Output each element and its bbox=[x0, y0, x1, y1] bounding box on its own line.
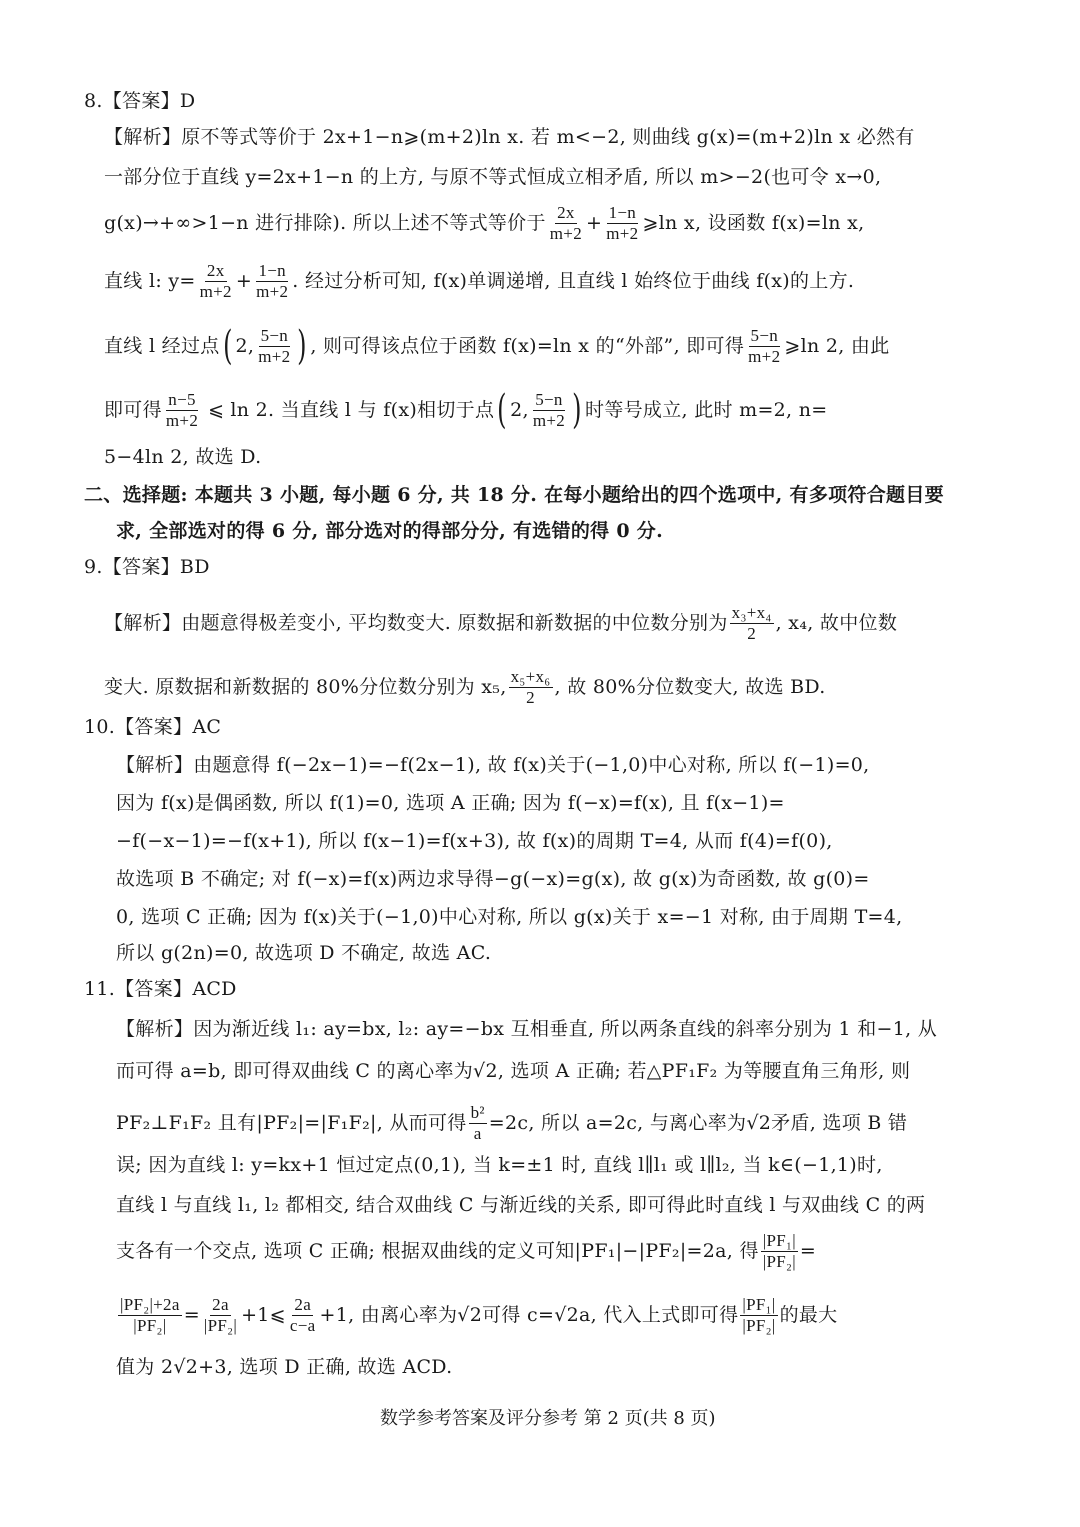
page-footer: 数学参考答案及评分参考 第 2 页(共 8 页) bbox=[380, 1404, 716, 1430]
denominator: |PF₂| bbox=[131, 1316, 168, 1335]
q8-analysis-line-1: 【解析】原不等式等价于 2x+1−n⩾(m+2)ln x. 若 m<−2, 则曲… bbox=[104, 128, 915, 147]
fraction: 5−n m+2 bbox=[256, 327, 292, 366]
numerator: 1−n bbox=[256, 262, 288, 282]
q8-text: ⩾ln 2, 由此 bbox=[784, 337, 889, 356]
fraction: 1−n m+2 bbox=[254, 262, 290, 301]
q11-analysis-line-8: 值为 2√2+3, 选项 D 正确, 故选 ACD. bbox=[116, 1358, 453, 1377]
numerator: 2x bbox=[555, 204, 577, 224]
q11-analysis-line-6: 支各有一个交点, 选项 C 正确; 根据双曲线的定义可知|PF₁|−|PF₂|=… bbox=[116, 1232, 816, 1271]
numerator: |PF₂|+2a bbox=[118, 1296, 182, 1316]
denominator: 2 bbox=[745, 624, 758, 643]
q9-text: 变大. 原数据和新数据的 80%分位数分别为 x₅, bbox=[104, 678, 507, 697]
numerator: x₅+x₆ bbox=[509, 668, 553, 688]
fraction: n−5 m+2 bbox=[164, 391, 200, 430]
numerator: |PF₁| bbox=[740, 1296, 777, 1316]
q10-analysis-line-3: −f(−x−1)=−f(x+1), 所以 f(x−1)=f(x+3), 故 f(… bbox=[116, 832, 833, 851]
section-2-heading-line-1: 二、选择题: 本题共 3 小题, 每小题 6 分, 共 18 分. 在每小题给出… bbox=[84, 486, 944, 505]
equals-sign: = bbox=[184, 1306, 200, 1325]
q11-text: = bbox=[800, 1242, 816, 1261]
q8-text: . 经过分析可知, f(x)单调递增, 且直线 l 始终位于曲线 f(x)的上方… bbox=[292, 272, 854, 291]
q8-analysis-line-5: 直线 l 经过点 ( 2, 5−n m+2 ) , 则可得该点位于函数 f(x)… bbox=[104, 326, 890, 366]
numerator: b² bbox=[469, 1104, 487, 1124]
denominator: m+2 bbox=[746, 347, 782, 366]
q9-answer-label: 9.【答案】BD bbox=[84, 558, 210, 577]
denominator: m+2 bbox=[198, 282, 234, 301]
q8-text: g(x)→+∞>1−n 进行排除). 所以上述不等式等价于 bbox=[104, 214, 546, 233]
q11-analysis-line-3: PF₂⊥F₁F₂ 且有|PF₂|=|F₁F₂|, 从而可得 b² a =2c, … bbox=[116, 1104, 907, 1143]
q11-text: PF₂⊥F₁F₂ 且有|PF₂|=|F₁F₂|, 从而可得 bbox=[116, 1114, 467, 1133]
q11-text: 的最大 bbox=[780, 1306, 838, 1325]
le-sign: ⩽ bbox=[208, 401, 224, 420]
fraction: 5−n m+2 bbox=[531, 391, 567, 430]
q8-text: ln 2. 当直线 l 与 f(x)相切于点 bbox=[230, 401, 494, 420]
q8-text: 时等号成立, 此时 m=2, n= bbox=[585, 401, 827, 420]
q8-text: , 则可得该点位于函数 f(x)=ln x 的“外部”, 即可得 bbox=[310, 337, 744, 356]
denominator: m+2 bbox=[256, 347, 292, 366]
fraction: 1−n m+2 bbox=[604, 204, 640, 243]
q11-analysis-line-4: 误; 因为直线 l: y=kx+1 恒过定点(0,1), 当 k=±1 时, 直… bbox=[116, 1156, 883, 1175]
q11-text: +1⩽ bbox=[241, 1306, 286, 1325]
numerator: 5−n bbox=[533, 391, 565, 411]
numerator: 5−n bbox=[749, 327, 781, 347]
fraction: 5−n m+2 bbox=[746, 327, 782, 366]
denominator: m+2 bbox=[548, 224, 584, 243]
q9-analysis-line-2: 变大. 原数据和新数据的 80%分位数分别为 x₅, x₅+x₆ 2 , 故 8… bbox=[104, 668, 826, 707]
q11-answer-label: 11.【答案】ACD bbox=[84, 980, 237, 999]
q11-text: 支各有一个交点, 选项 C 正确; 根据双曲线的定义可知|PF₁|−|PF₂|=… bbox=[116, 1242, 759, 1261]
q8-answer-label: 8.【答案】D bbox=[84, 92, 195, 111]
section-2-heading-line-2: 求, 全部选对的得 6 分, 部分选对的得部分分, 有选错的得 0 分. bbox=[116, 522, 663, 541]
q10-analysis-line-5: 0, 选项 C 正确; 因为 f(x)关于(−1,0)中心对称, 所以 g(x)… bbox=[116, 908, 902, 927]
q8-text: ⩾ln x, 设函数 f(x)=ln x, bbox=[642, 214, 864, 233]
numerator: 5−n bbox=[259, 327, 291, 347]
q8-text: 直线 l: y= bbox=[104, 272, 196, 291]
numerator: x₃+x₄ bbox=[730, 604, 774, 624]
q9-text: 【解析】由题意得极差变小, 平均数变大. 原数据和新数据的中位数分别为 bbox=[104, 614, 728, 633]
fraction: 2a |PF₂| bbox=[202, 1296, 239, 1335]
q10-analysis-line-4: 故选项 B 不确定; 对 f(−x)=f(x)两边求导得−g(−x)=g(x),… bbox=[116, 870, 870, 889]
fraction: 2x m+2 bbox=[548, 204, 584, 243]
q8-analysis-line-7: 5−4ln 2, 故选 D. bbox=[104, 448, 261, 467]
numerator: 2a bbox=[210, 1296, 231, 1316]
q11-analysis-line-5: 直线 l 与直线 l₁, l₂ 都相交, 结合双曲线 C 与渐近线的关系, 即可… bbox=[116, 1196, 925, 1215]
numerator: n−5 bbox=[166, 391, 198, 411]
q11-analysis-line-2: 而可得 a=b, 即可得双曲线 C 的离心率为√2, 选项 A 正确; 若△PF… bbox=[116, 1062, 910, 1081]
denominator: m+2 bbox=[164, 411, 200, 430]
q11-text: =2c, 所以 a=2c, 与离心率为√2矛盾, 选项 B 错 bbox=[489, 1114, 907, 1133]
q8-analysis-line-2: 一部分位于直线 y=2x+1−n 的上方, 与原不等式恒成立相矛盾, 所以 m>… bbox=[104, 168, 881, 187]
q11-analysis-line-7: |PF₂|+2a |PF₂| = 2a |PF₂| +1⩽ 2a c−a +1,… bbox=[116, 1296, 837, 1335]
fraction: x₅+x₆ 2 bbox=[509, 668, 553, 707]
fraction: |PF₁| |PF₂| bbox=[740, 1296, 777, 1335]
denominator: m+2 bbox=[254, 282, 290, 301]
q9-text: , x₄, 故中位数 bbox=[776, 614, 898, 633]
numerator: 1−n bbox=[607, 204, 639, 224]
denominator: 2 bbox=[524, 688, 537, 707]
denominator: c−a bbox=[288, 1316, 318, 1335]
q8-text: 直线 l 经过点 bbox=[104, 337, 220, 356]
denominator: m+2 bbox=[604, 224, 640, 243]
fraction: 2a c−a bbox=[288, 1296, 318, 1335]
denominator: |PF₂| bbox=[761, 1252, 798, 1271]
fraction: |PF₁| |PF₂| bbox=[761, 1232, 798, 1271]
q9-analysis-line-1: 【解析】由题意得极差变小, 平均数变大. 原数据和新数据的中位数分别为 x₃+x… bbox=[104, 604, 897, 643]
q8-analysis-line-4: 直线 l: y= 2x m+2 + 1−n m+2 . 经过分析可知, f(x)… bbox=[104, 262, 854, 301]
denominator: a bbox=[472, 1124, 484, 1143]
point-coordinate: 2, bbox=[235, 337, 254, 356]
answer-sheet-page: 8.【答案】D 【解析】原不等式等价于 2x+1−n⩾(m+2)ln x. 若 … bbox=[0, 0, 1080, 1527]
fraction: x₃+x₄ 2 bbox=[730, 604, 774, 643]
q10-analysis-line-6: 所以 g(2n)=0, 故选项 D 不确定, 故选 AC. bbox=[116, 944, 491, 963]
q9-text: , 故 80%分位数变大, 故选 BD. bbox=[555, 678, 826, 697]
denominator: |PF₂| bbox=[740, 1316, 777, 1335]
q10-analysis-line-2: 因为 f(x)是偶函数, 所以 f(1)=0, 选项 A 正确; 因为 f(−x… bbox=[116, 794, 785, 813]
q11-analysis-line-1: 【解析】因为渐近线 l₁: ay=bx, l₂: ay=−bx 互相垂直, 所以… bbox=[116, 1020, 937, 1039]
fraction: |PF₂|+2a |PF₂| bbox=[118, 1296, 182, 1335]
denominator: m+2 bbox=[531, 411, 567, 430]
q8-analysis-line-6: 即可得 n−5 m+2 ⩽ ln 2. 当直线 l 与 f(x)相切于点 ( 2… bbox=[104, 390, 828, 430]
fraction: 2x m+2 bbox=[198, 262, 234, 301]
q8-text: 即可得 bbox=[104, 401, 162, 420]
numerator: 2a bbox=[292, 1296, 313, 1316]
q10-analysis-line-1: 【解析】由题意得 f(−2x−1)=−f(2x−1), 故 f(x)关于(−1,… bbox=[116, 756, 870, 775]
q8-analysis-line-3: g(x)→+∞>1−n 进行排除). 所以上述不等式等价于 2x m+2 + 1… bbox=[104, 204, 864, 243]
fraction: b² a bbox=[469, 1104, 487, 1143]
point-coordinate: 2, bbox=[510, 401, 529, 420]
q10-answer-label: 10.【答案】AC bbox=[84, 718, 221, 737]
q11-text: +1, 由离心率为√2可得 c=√2a, 代入上式即可得 bbox=[320, 1306, 739, 1325]
denominator: |PF₂| bbox=[202, 1316, 239, 1335]
numerator: |PF₁| bbox=[761, 1232, 798, 1252]
numerator: 2x bbox=[205, 262, 227, 282]
